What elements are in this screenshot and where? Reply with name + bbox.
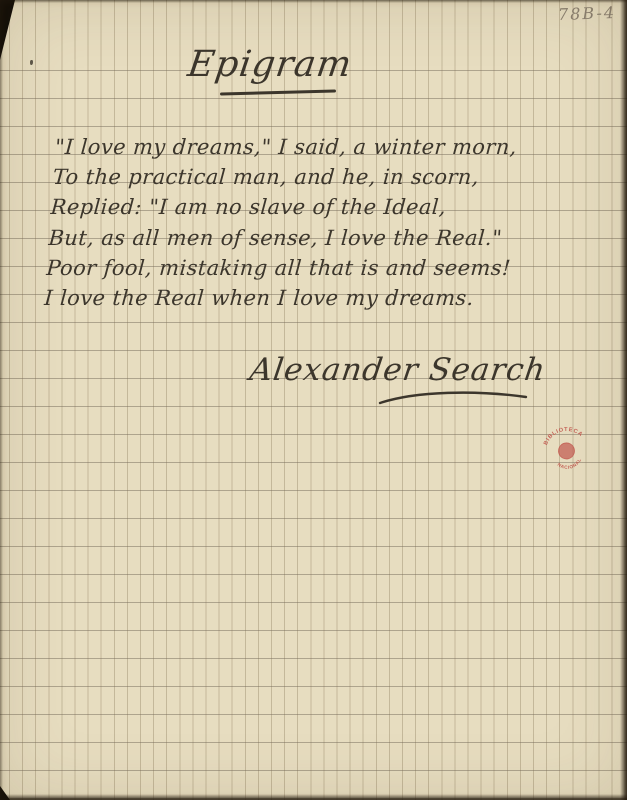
signature: Alexander Search bbox=[247, 352, 548, 388]
poem-line-1: "I love my dreams," I said, a winter mor… bbox=[54, 132, 556, 162]
svg-text:NACIONAL: NACIONAL bbox=[556, 456, 584, 472]
photo-corner-topleft bbox=[0, 0, 15, 60]
photo-edge-left bbox=[0, 0, 3, 800]
photo-edge-bottom bbox=[0, 794, 627, 800]
poem-title: Epigram bbox=[172, 44, 368, 85]
poem-line-4: But, as all men of sense, I love the Rea… bbox=[48, 223, 550, 253]
stamp-emblem bbox=[557, 441, 576, 460]
grid-paper: 78B-4 Epigram "I love my dreams," I said… bbox=[0, 0, 627, 800]
stamp-text-bottom: NACIONAL bbox=[556, 456, 584, 472]
poem-body: "I love my dreams," I said, a winter mor… bbox=[43, 132, 556, 313]
photo-edge-right bbox=[620, 0, 627, 800]
archive-reference: 78B-4 bbox=[558, 3, 617, 24]
manuscript-photo: 78B-4 Epigram "I love my dreams," I said… bbox=[0, 0, 627, 800]
photo-edge-top bbox=[0, 0, 627, 3]
poem-line-2: To the practical man, and he, in scorn, bbox=[52, 162, 554, 192]
poem-line-6: I love the Real when I love my dreams. bbox=[43, 283, 545, 313]
ink-speck bbox=[30, 60, 33, 65]
poem-line-3: Replied: "I am no slave of the Ideal, bbox=[50, 192, 552, 222]
signature-flourish bbox=[378, 388, 530, 408]
poem-line-5: Poor fool, mistaking all that is and see… bbox=[45, 253, 547, 283]
